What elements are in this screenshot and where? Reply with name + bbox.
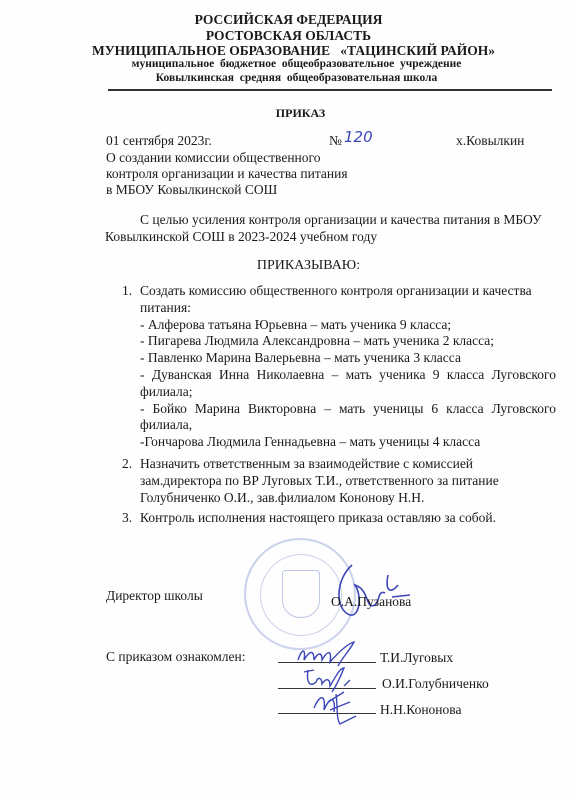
item-number: 3. (122, 510, 132, 527)
member-boyko-cont: филиала, (140, 417, 556, 434)
header-school-name: Ковылкинская средняя общеобразовательная… (8, 72, 577, 84)
member-alferova: - Алферова татьяна Юрьевна – мать ученик… (140, 317, 556, 334)
acquainted-name-2: О.И.Голубниченко (382, 676, 489, 692)
item-2-line: зам.директора по ВР Луговых Т.И., ответс… (140, 473, 556, 490)
item-2-line: Голубниченко О.И., зав.филиалом Кононову… (140, 490, 556, 507)
director-name: О.А.Пузанова (331, 594, 411, 610)
acquainted-label: С приказом ознакомлен: (106, 649, 246, 665)
preamble-line-1: С целью усиления контроля организации и … (140, 212, 542, 228)
stamp-crest-icon (282, 570, 320, 618)
subject-line-3: в МБОУ Ковылкинской СОШ (106, 182, 277, 198)
order-item-1: 1. Создать комиссию общественного контро… (122, 283, 556, 451)
member-goncharova: -Гончарова Людмила Геннадьевна – мать уч… (140, 434, 556, 451)
acquainted-name-1: Т.И.Луговых (380, 650, 453, 666)
document-title: ПРИКАЗ (12, 106, 577, 121)
member-duvanskaya: - Дуванская Инна Николаевна – мать учени… (140, 367, 556, 384)
order-item-2: 2. Назначить ответственным за взаимодейс… (122, 456, 556, 506)
member-pavlenko: - Павленко Марина Валерьевна – мать учен… (140, 350, 556, 367)
item-number: 1. (122, 283, 132, 300)
order-number-label: № (329, 133, 342, 149)
item-2-line: Назначить ответственным за взаимодействи… (140, 456, 556, 473)
header-region: РОСТОВСКАЯ ОБЛАСТЬ (0, 28, 577, 44)
signature-kononova-icon (310, 688, 380, 728)
subject-line-1: О создании комиссии общественного (106, 150, 320, 166)
order-number-handwritten: 120 (344, 128, 373, 146)
header-municipality: МУНИЦИПАЛЬНОЕ ОБРАЗОВАНИЕ «ТАЦИНСКИЙ РАЙ… (5, 43, 577, 59)
item-1-line: питания: (140, 300, 556, 317)
header-divider (108, 89, 552, 91)
member-duvanskaya-cont: филиала; (140, 384, 556, 401)
director-label: Директор школы (106, 588, 203, 604)
director-signature-icon (330, 555, 410, 625)
subject-line-2: контроля организации и качества питания (106, 166, 348, 182)
item-3-line: Контроль исполнения настоящего приказа о… (140, 510, 556, 527)
member-pigareva: - Пигарева Людмила Александровна – мать … (140, 333, 556, 350)
order-date: 01 сентября 2023г. (106, 133, 212, 149)
header-country: РОССИЙСКАЯ ФЕДЕРАЦИЯ (0, 12, 577, 28)
acquainted-name-3: Н.Н.Кононова (380, 702, 461, 718)
order-place: х.Ковылкин (456, 133, 524, 149)
preamble-line-2: Ковылкинской СОШ в 2023-2024 учебном год… (105, 229, 377, 245)
decree-word: ПРИКАЗЫВАЮ: (20, 258, 577, 274)
item-1-line: Создать комиссию общественного контроля … (140, 283, 556, 300)
order-item-3: 3. Контроль исполнения настоящего приказ… (122, 510, 556, 527)
item-number: 2. (122, 456, 132, 473)
header-institution-type: муниципальное бюджетное общеобразователь… (8, 58, 577, 70)
member-boyko: - Бойко Марина Викторовна – мать ученицы… (140, 401, 556, 418)
